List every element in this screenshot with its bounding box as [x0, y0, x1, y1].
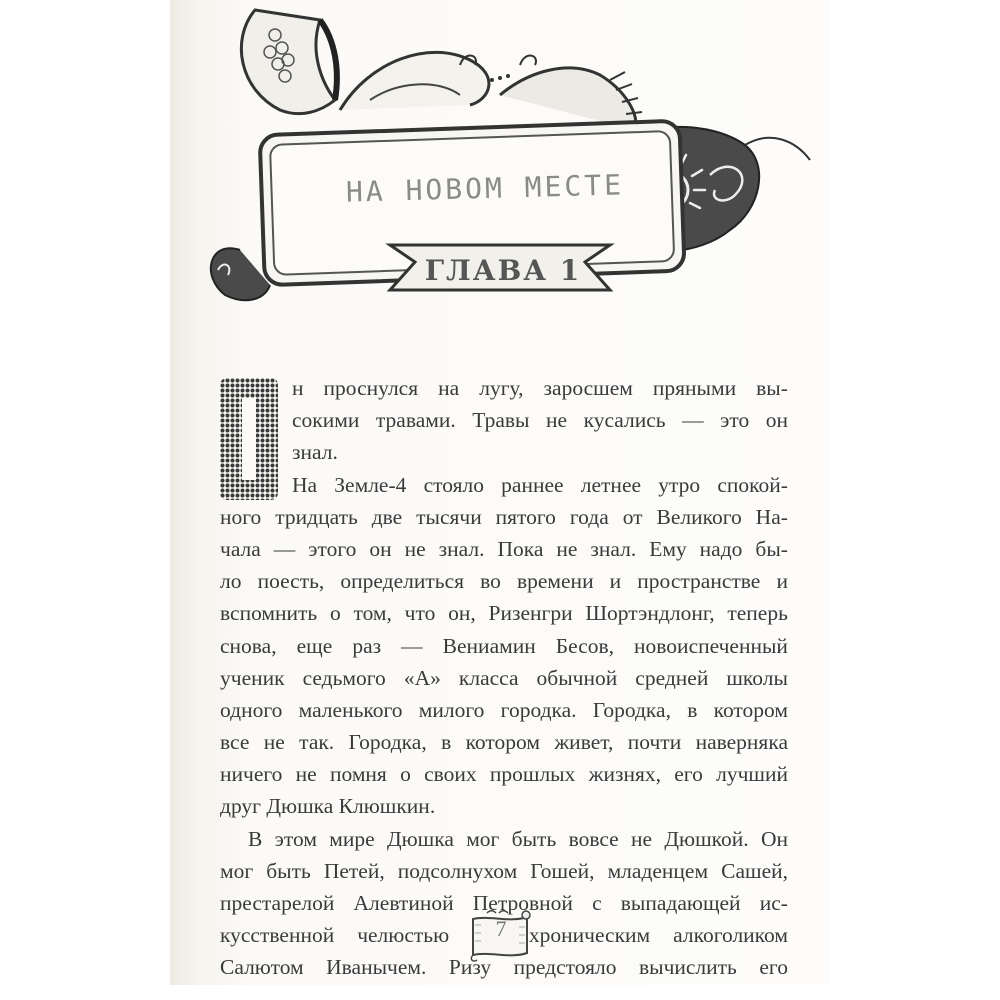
text-line: снова,ещераз—ВениаминБесов,новоиспеченны…: [220, 630, 788, 662]
text-line: друг Дюшка Клюшкин.: [220, 790, 788, 822]
text-line: НаЗемле-4стоялораннеелетнееутроспокой-: [220, 469, 788, 501]
body-text: нпроснулсяналугу,заросшемпрянымивы- соки…: [220, 372, 788, 984]
text-line: одногомаленькогомилогогородка.Городка,вк…: [220, 694, 788, 726]
text-line: нпроснулсяналугу,заросшемпрянымивы-: [220, 372, 788, 404]
book-page: НА НОВОМ МЕСТЕ ГЛАВА 1 нпроснулсяналугу,…: [170, 0, 830, 985]
text-line: вспомнитьотом,чтоон,РизенгриШортэндлонг,…: [220, 597, 788, 629]
text-line: могбытьПетей,подсолнухомГошей,младенцемС…: [220, 855, 788, 887]
text-line: лопоесть,определитьсявовремениипространс…: [220, 565, 788, 597]
text-line: всенетак.Городка,вкоторомживет,почтинаве…: [220, 726, 788, 758]
text-line: ничегонепомняосвоихпрошлыхжизнях,еголучш…: [220, 758, 788, 790]
text-line: чала—этогооннезнал.Поканезнал.Емунадобы-: [220, 533, 788, 565]
chapter-label: ГЛАВА 1: [418, 254, 588, 287]
text-line: ученикседьмого«А»классаобычнойсреднейшко…: [220, 662, 788, 694]
text-line: ноготридцатьдветысячипятогогодаотВеликог…: [220, 501, 788, 533]
text-line: ВэтоммиреДюшкамогбытьвовсенеДюшкой.Он: [220, 823, 788, 855]
text-line: сокимитравами.Травынекусались—этоон: [220, 404, 788, 436]
text-line: знал.: [220, 436, 788, 468]
page-number: 7: [486, 916, 516, 942]
